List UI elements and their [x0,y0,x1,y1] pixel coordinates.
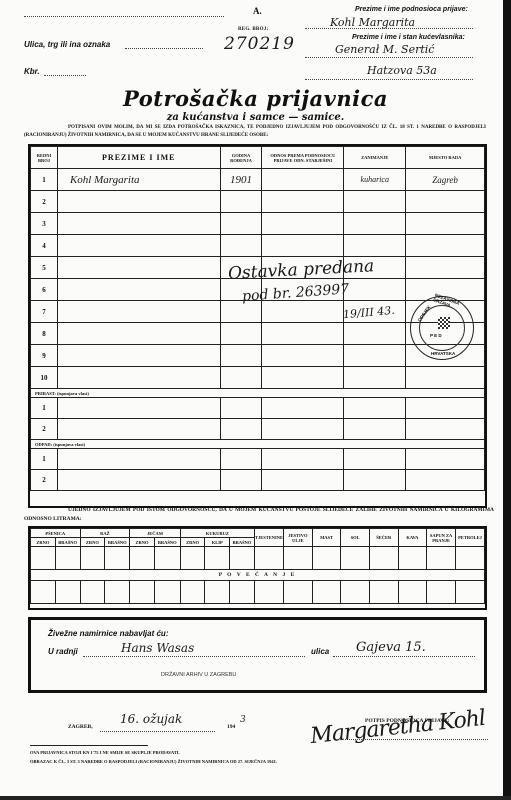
header-zanimanje: ZANIMANJE [344,147,406,169]
cell-workplace[interactable]: Zagreb [406,169,485,191]
header-raz: RAŽ [80,529,130,538]
cell-relation[interactable] [262,470,344,491]
table-row: 3 [31,213,485,235]
row-number: 4 [31,235,58,257]
supply-cell[interactable] [283,547,312,570]
cell-relation[interactable] [262,301,344,323]
supply-cell[interactable] [230,547,255,570]
cell-year[interactable] [220,345,262,367]
row-number: 2 [31,470,58,491]
cell-workplace[interactable] [406,213,485,235]
street-line [333,656,475,657]
cell-relation[interactable] [262,235,344,257]
owner-line [305,57,473,58]
owner-address[interactable]: Hatzova 53a [367,64,437,77]
cell-relation[interactable] [262,345,344,367]
supply-cell[interactable] [55,581,80,604]
cell-year[interactable] [220,323,262,345]
cell-name[interactable] [57,279,220,301]
supply-cell[interactable] [254,581,283,604]
povecanje-label: P O V E Ć A N J E [31,570,485,581]
sub-brasno: BRAŠNO [105,538,130,547]
supply-cell[interactable] [369,547,398,570]
reg-broj-label: REG. BROJ: [238,27,268,32]
header-psenica: PŠENICA [31,529,81,538]
cell-relation[interactable] [262,323,344,345]
header-petrolej: PETROLEJ [455,529,484,547]
header-godina: GODINA ROĐENJA [220,147,262,169]
row-number: 3 [31,213,58,235]
row-number: 10 [31,367,58,389]
supply-cell[interactable] [398,581,427,604]
supply-cell[interactable] [205,581,230,604]
cell-name[interactable] [57,449,220,470]
row-number: 6 [31,279,58,301]
header-jecam: JEČAM [130,529,181,538]
ulica-field[interactable] [125,48,203,49]
date-line [100,731,215,732]
supply-cell[interactable] [455,547,484,570]
footer-rule [30,745,148,746]
cell-occupation[interactable] [344,398,406,419]
cell-occupation[interactable] [344,367,406,389]
form-letter: A. [253,6,262,16]
prirast-row: 2 [31,419,485,440]
sub-zrno: ZRNO [80,538,105,547]
cell-relation[interactable] [262,213,344,235]
cell-occupation[interactable] [344,419,406,440]
stamp-letters: P E D [430,333,442,338]
shop-value[interactable]: Hans Wasas [121,641,194,655]
footer-note-regulation: OBRAZAC K ČL. 3 ST. 3 NAREDBE O RASPODJE… [30,759,277,764]
archive-stamp: DRŽAVNI ARHIV U ZAGREBU [161,672,236,678]
cell-year[interactable] [220,449,262,470]
cell-year[interactable]: 1901 [220,169,262,191]
owner-label: Prezime i ime i stan kućevlasnika: [352,34,465,41]
sub-brasno: BRAŠNO [154,538,180,547]
page-subtitle: za kućanstva i samce — samice. [0,112,511,123]
supply-cell[interactable] [230,581,255,604]
cell-relation[interactable] [262,367,344,389]
supply-cell[interactable] [80,547,105,570]
cell-workplace[interactable] [406,419,485,440]
cell-relation[interactable] [262,419,344,440]
row-number: 1 [31,169,58,191]
supply-cell[interactable] [369,581,398,604]
cell-year[interactable] [220,419,262,440]
supply-cell[interactable] [80,581,105,604]
supply-cell[interactable] [341,581,370,604]
header-kukuruz: KUKURUZ [180,529,254,538]
kbr-label: Kbr. [24,67,40,76]
applicant-line [305,28,473,29]
scan-edge-bottom [0,796,511,800]
supply-cell[interactable] [130,547,155,570]
header-redni-broj: REDNI BROJ [31,147,58,169]
cell-year[interactable] [220,235,262,257]
cell-occupation[interactable] [344,191,406,213]
city-label: ZAGREB, [68,724,93,730]
supply-cell[interactable] [154,581,180,604]
supply-cell[interactable] [31,547,56,570]
cell-occupation[interactable] [344,279,406,301]
odpad-label: ODPAD: (ispunjava vlast) [31,440,485,449]
cell-year[interactable] [220,191,262,213]
supply-cell[interactable] [154,547,180,570]
cell-occupation[interactable] [344,345,406,367]
cell-occupation[interactable] [344,449,406,470]
table-row: 4 [31,235,485,257]
cell-workplace[interactable] [406,191,485,213]
purchase-box: Živežne namirnice nabavljat ću: U radnji… [28,617,487,693]
row-number: 5 [31,257,58,279]
supply-cell[interactable] [180,581,205,604]
supply-cell[interactable] [283,581,312,604]
row-number: 7 [31,301,58,323]
header-kava: KAVA [398,529,427,547]
cell-name[interactable] [57,257,220,279]
cell-name[interactable] [57,213,220,235]
cell-workplace[interactable] [406,398,485,419]
header-sapun: SAPUN ZA PRANJE [427,529,456,547]
supply-cell[interactable] [312,581,341,604]
cell-name[interactable] [57,323,220,345]
official-stamp: NEZAVISNA DRŽAVA ODSJEK HRVATSKA P E D [410,296,474,360]
supply-cell[interactable] [130,581,155,604]
supplies-declaration: UJEDNO IZJAVLJUJEM POD ISTOM ODGOVORNOŠĆ… [24,506,494,524]
reg-broj-value[interactable]: 270219 [224,34,295,54]
supply-cell[interactable] [254,547,283,570]
cell-workplace[interactable] [406,449,485,470]
cell-name[interactable] [57,301,220,323]
table-row: 2 [31,191,485,213]
header-prezime-ime: PREZIME I IME [57,147,220,169]
coat-of-arms-icon [438,317,450,329]
cell-workplace[interactable] [406,367,485,389]
supply-cell[interactable] [55,547,80,570]
owner-value[interactable]: Generał M. Sertić [335,43,434,56]
table-row: 1 Kohl Margarita 1901 kuharica Zagreb [31,169,485,191]
year-prefix: 194 [227,724,235,730]
supply-cell[interactable] [398,547,427,570]
cell-workplace[interactable] [406,257,485,279]
cell-workplace[interactable] [406,470,485,491]
cell-occupation[interactable] [344,323,406,345]
supply-cell[interactable] [105,547,130,570]
supply-cell[interactable] [455,581,484,604]
signature-value[interactable]: Margaretha Kohl [309,706,486,749]
supplies-table-frame: PŠENICA RAŽ JEČAM KUKURUZ TJESTENINE JES… [28,526,487,610]
stamp-bottom-text: HRVATSKA [431,351,455,356]
kbr-field[interactable] [44,75,86,76]
cell-occupation[interactable] [344,235,406,257]
cell-relation[interactable] [262,191,344,213]
top-blank-line [24,16,224,17]
supply-cell[interactable] [341,547,370,570]
owner-address-line [305,79,473,80]
supply-cell[interactable] [31,581,56,604]
cell-occupation[interactable]: kuharica [344,169,406,191]
row-number: 2 [31,191,58,213]
table-row: 10 [31,367,485,389]
header-mast: MAST [312,529,341,547]
header-sol: SOL [341,529,370,547]
purchase-label: Živežne namirnice nabavljat ću: [48,629,168,638]
sub-zrno: ZRNO [180,538,205,547]
supply-cell[interactable] [105,581,130,604]
supplies-table: PŠENICA RAŽ JEČAM KUKURUZ TJESTENINE JES… [30,528,485,604]
ulica-label: Ulica, trg ili ina oznaka [24,40,110,49]
row-number: 8 [31,323,58,345]
odpad-row: 2 [31,470,485,491]
supply-cell[interactable] [427,581,456,604]
supply-cell[interactable] [180,547,205,570]
povecanje-row [31,581,485,604]
supply-cell[interactable] [312,547,341,570]
prirast-row: 1 [31,398,485,419]
cell-name[interactable] [57,345,220,367]
sub-klip: KLIP [205,538,230,547]
cell-name[interactable] [57,191,220,213]
cell-occupation[interactable] [344,213,406,235]
cell-year[interactable] [220,398,262,419]
footer-note-price: OVA PRIJAVNICA STOJI KN 1'75 I NE SMIJE … [30,750,180,755]
header-jestivo-ulje: JESTIVO ULJE [283,529,312,547]
street-label: ulica [311,647,329,656]
header-odnos: ODNOS PREMA PODNOSIOCU PRIJAVE ODN. STAR… [262,147,344,169]
cell-workplace[interactable] [406,235,485,257]
cell-name[interactable] [57,470,220,491]
prirast-label: PRIRAST: (ispunjava vlast) [31,389,485,398]
sub-zrno: ZRNO [130,538,155,547]
row-number: 2 [31,419,58,440]
row-number: 1 [31,449,58,470]
year-suffix[interactable]: 3 [240,715,246,725]
shop-line [83,656,305,657]
sub-brasno: BRAŠNO [230,538,255,547]
header-tjestenine: TJESTENINE [254,529,283,547]
cell-occupation[interactable] [344,470,406,491]
cell-name[interactable] [57,367,220,389]
applicant-label: Prezime i ime podnosioca prijave: [355,6,468,13]
cell-year[interactable] [220,367,262,389]
cell-relation[interactable] [262,169,344,191]
supply-cell[interactable] [205,547,230,570]
supplies-row [31,547,485,570]
street-value[interactable]: Gajeva 15. [356,640,426,655]
supply-cell[interactable] [427,547,456,570]
row-number: 1 [31,398,58,419]
sub-brasno: BRAŠNO [55,538,80,547]
header-secer: ŠEĆER [369,529,398,547]
declaration-text: POTPISANI OVIM MOLIM, DA MI SE IZDA POTR… [24,124,486,140]
row-number: 9 [31,345,58,367]
header-mjesto-rada: MJESTO RADA [406,147,485,169]
shop-label: U radnji [48,647,78,656]
date-value[interactable]: 16. ožujak [120,712,182,726]
cell-name[interactable]: Kohl Margarita [57,169,220,191]
cell-year[interactable] [220,470,262,491]
cell-relation[interactable] [262,449,344,470]
page-title: Potrošačka prijavnica [0,86,511,111]
odpad-row: 1 [31,449,485,470]
cell-name[interactable] [57,419,220,440]
sub-zrno: ZRNO [31,538,56,547]
cell-name[interactable] [57,235,220,257]
cell-name[interactable] [57,398,220,419]
cell-relation[interactable] [262,398,344,419]
cell-year[interactable] [220,213,262,235]
